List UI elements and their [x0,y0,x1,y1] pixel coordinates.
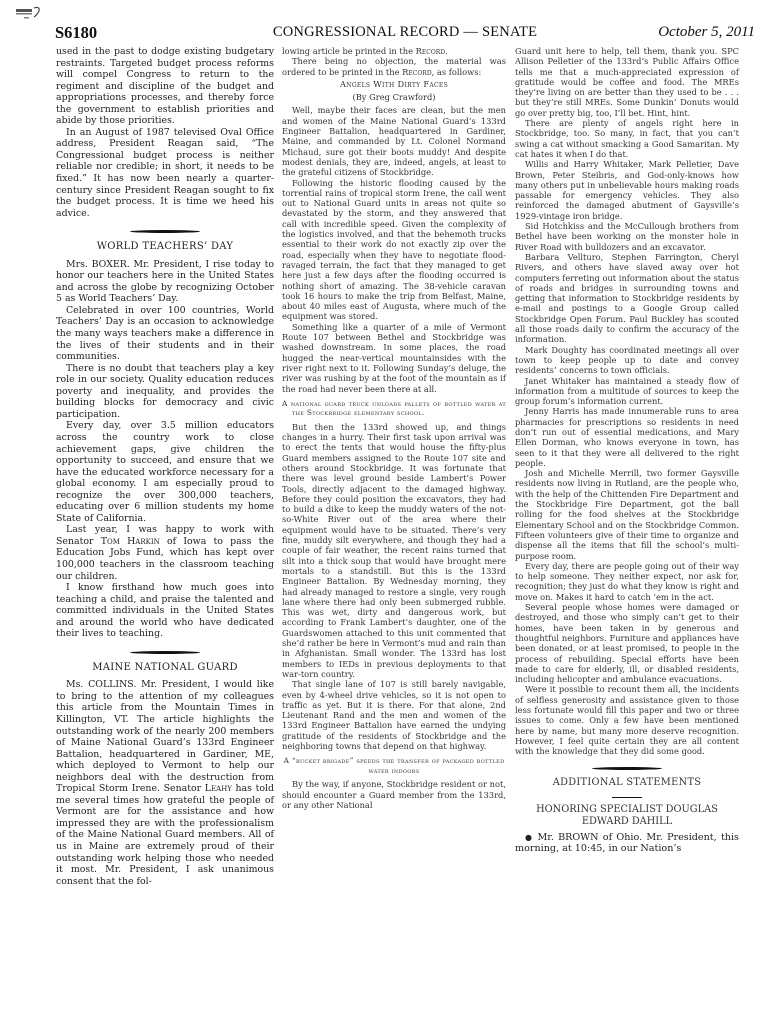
paragraph: lowing article be printed in the Record. [282,46,506,56]
photo-caption: A national guard truck unloads pallets o… [282,399,506,418]
text: . [445,46,448,56]
paragraph: I know firsthand how much goes into teac… [56,582,274,640]
section-heading-world-teachers-day: WORLD TEACHERS’ DAY [56,241,274,253]
paragraph: Last year, I was happy to work with Sena… [56,524,274,582]
paragraph: Mark Doughty has coordinated meetings al… [515,345,739,376]
article-byline: (By Greg Crawford) [282,92,506,102]
paragraph: used in the past to dodge existing budge… [56,46,274,127]
paragraph: Following the historic flooding caused b… [282,178,506,322]
text: lowing article be printed in the [282,46,416,56]
paragraph: There are plenty of angels right here in… [515,118,739,159]
paragraph: Were it possible to recount them all, th… [515,684,739,756]
paragraph: Every day, there are people going out of… [515,561,739,602]
section-divider [130,230,200,233]
paragraph: That single lane of 107 is still barely … [282,679,506,751]
photo-caption: A “bucket brigade” speeds the transfer o… [282,756,506,775]
paragraph: Mrs. BOXER. Mr. President, I rise today … [56,259,274,305]
section-heading-honoring-dahill: HONORING SPECIALIST DOUGLAS EDWARD DAHIL… [515,804,739,828]
bullet-icon: ● [525,833,533,842]
gpo-eagle-logo-icon [14,6,44,20]
section-heading-additional-statements: ADDITIONAL STATEMENTS [515,778,739,788]
paragraph: Something like a quarter of a mile of Ve… [282,322,506,394]
paragraph: Willis and Harry Whitaker, Mark Pelletie… [515,159,739,221]
record-ref: Record [416,46,445,56]
paragraph: Guard unit here to help, tell them, than… [515,46,739,118]
paragraph: Josh and Michelle Merrill, two former Ga… [515,468,739,561]
text: Ms. COLLINS. Mr. President, I would like… [56,679,274,794]
paragraph: ● Mr. BROWN of Ohio. Mr. President, this… [515,832,739,855]
paragraph: There is no doubt that teachers play a k… [56,363,274,421]
paragraph: Barbara Vellturo, Stephen Farrington, Ch… [515,252,739,345]
paragraph: Well, maybe their faces are clean, but t… [282,105,506,177]
page-header: S6180 CONGRESSIONAL RECORD — SENATE Octo… [55,23,755,45]
section-divider [592,767,662,770]
paragraph: Every day, over 3.5 million educators ac… [56,420,274,524]
issue-date: October 5, 2011 [658,24,755,41]
paragraph: By the way, if anyone, Stockbridge resid… [282,779,506,810]
section-divider [130,651,200,654]
short-divider [612,797,642,798]
senator-name: Tom Harkin [101,536,160,547]
article-title: Angels With Dirty Faces [282,79,506,89]
text: Mr. BROWN of Ohio. Mr. President, this m… [515,832,739,854]
paragraph: Several people whose homes were damaged … [515,602,739,684]
paragraph: Celebrated in over 100 countries, World … [56,305,274,363]
paragraph: Ms. COLLINS. Mr. President, I would like… [56,679,274,887]
paragraph: But then the 133rd showed up, and things… [282,422,506,679]
section-heading-maine-national-guard: MAINE NATIONAL GUARD [56,662,274,674]
record-ref: Record [402,67,431,77]
paragraph: Janet Whitaker has maintained a steady f… [515,376,739,407]
column-1: used in the past to dodge existing budge… [56,46,274,887]
paragraph: There being no objection, the material w… [282,56,506,77]
text: , as follows: [432,67,482,77]
running-title: CONGRESSIONAL RECORD — SENATE [55,24,755,41]
paragraph: In an August of 1987 televised Oval Offi… [56,127,274,219]
paragraph: Sid Hotchkiss and the McCullough brother… [515,221,739,252]
text: has told me several times how grateful t… [56,783,274,886]
column-3: Guard unit here to help, tell them, than… [515,46,739,855]
senator-name: Leahy [205,783,232,794]
column-2: lowing article be printed in the Record.… [282,46,506,810]
paragraph: Jenny Harris has made innumerable runs t… [515,406,739,468]
